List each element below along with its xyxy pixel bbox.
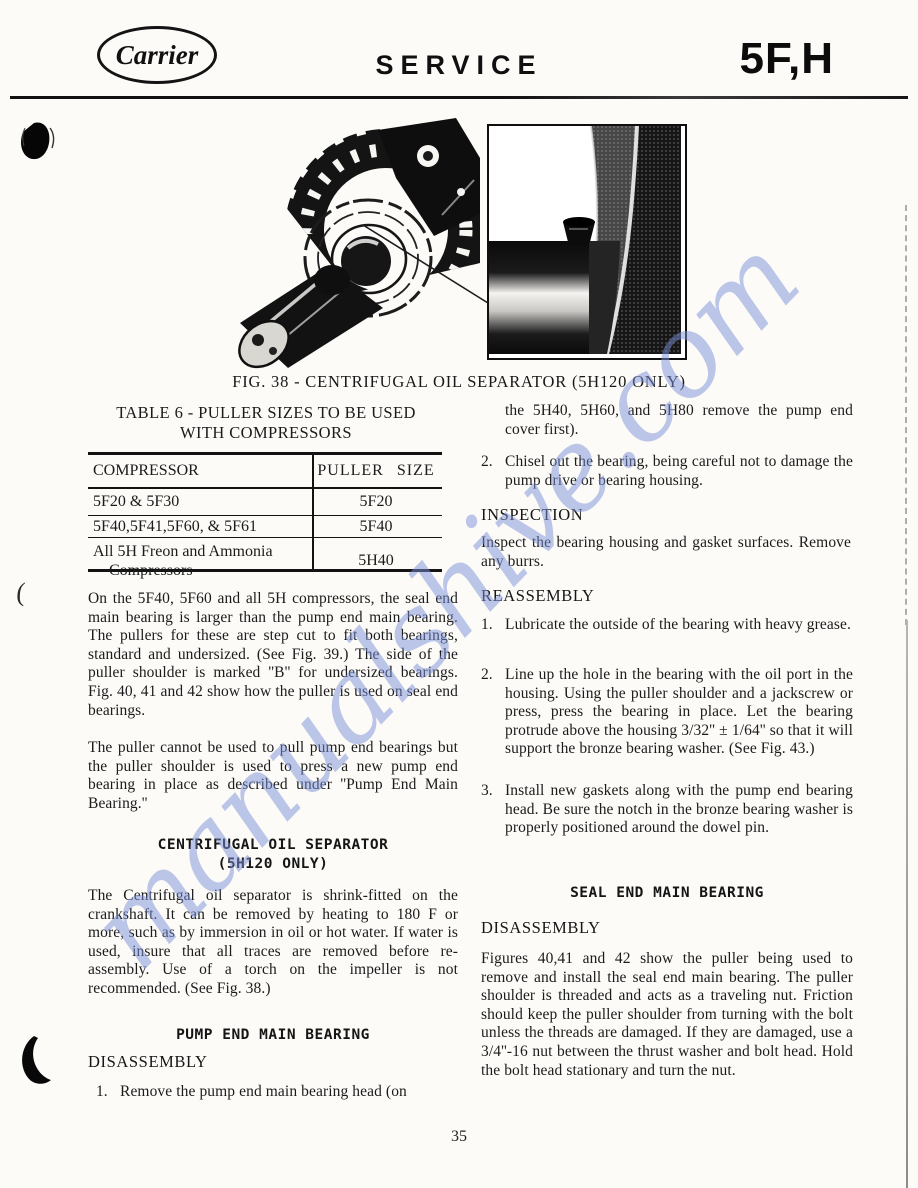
table-title: TABLE 6 - PULLER SIZES TO BE USED WITH C…	[85, 403, 447, 443]
paragraph-inspection: Inspect the bearing housing and gasket s…	[481, 534, 851, 571]
paragraph-puller-stepcut: On the 5F40, 5F60 and all 5H compressors…	[88, 590, 458, 720]
reassembly-item-2: 2. Line up the hole in the bearing with …	[481, 666, 853, 759]
paragraph-puller-pumpend: The puller cannot be used to pull pump e…	[88, 739, 458, 813]
figure-caption: FIG. 38 - CENTRIFUGAL OIL SEPARATOR (5H1…	[0, 372, 918, 392]
table-row: 5F20 & 5F30 5F20	[88, 489, 442, 516]
col-header-compressor: COMPRESSOR	[88, 462, 312, 480]
reassembly-item-3: 3. Install new gaskets along with the pu…	[481, 782, 853, 838]
list-text: Chisel out the bearing, being careful no…	[505, 453, 853, 490]
list-text: Install new gaskets along with the pump …	[505, 782, 853, 838]
col-header-puller-size: PULLER SIZE	[312, 462, 440, 480]
heading-seal-end-main-bearing: SEAL END MAIN BEARING	[481, 884, 853, 903]
table-row: 5F40,5F41,5F60, & 5F61 5F40	[88, 516, 442, 538]
cell-puller-size: 5F40	[312, 518, 440, 536]
list-number: 1.	[481, 616, 505, 635]
cell-puller-size: 5F20	[312, 493, 440, 511]
table-column-divider	[312, 455, 314, 569]
inset-photo-frame	[487, 124, 687, 360]
ink-blob-artifact	[12, 118, 64, 170]
list-text: Lubricate the outside of the bearing wit…	[505, 616, 853, 635]
inset-photo	[489, 126, 681, 354]
heading-reassembly: REASSEMBLY	[481, 586, 594, 606]
table-title-line1: TABLE 6 - PULLER SIZES TO BE USED	[85, 403, 447, 423]
heading-inspection: INSPECTION	[481, 505, 583, 525]
cell-line2: Compressors	[93, 561, 312, 580]
table-row: All 5H Freon and Ammonia Compressors 5H4…	[88, 538, 442, 584]
list-number: 3.	[481, 782, 505, 838]
scan-edge-dashes	[905, 205, 907, 625]
heading-centrifugal-oil-separator: CENTRIFUGAL OIL SEPARATOR (5H120 ONLY)	[88, 836, 458, 874]
heading-disassembly-2: DISASSEMBLY	[481, 918, 601, 938]
callout-pointer-line	[355, 215, 495, 310]
table-title-line2: WITH COMPRESSORS	[85, 423, 447, 443]
list-number-empty	[481, 402, 505, 439]
paragraph-seal-end: Figures 40,41 and 42 show the puller bei…	[481, 950, 853, 1080]
page-number: 35	[0, 1128, 918, 1146]
cell-compressor: 5F40,5F41,5F60, & 5F61	[88, 518, 312, 536]
list-item-1: 1. Remove the pump end main bearing head…	[96, 1083, 468, 1102]
list-number: 2.	[481, 666, 505, 759]
list-text: Line up the hole in the bearing with the…	[505, 666, 853, 759]
puller-size-table: COMPRESSOR PULLER SIZE 5F20 & 5F30 5F20 …	[88, 452, 442, 572]
heading-line2: (5H120 ONLY)	[88, 855, 458, 874]
list-text: the 5H40, 5H60, and 5H80 remove the pump…	[505, 402, 853, 439]
list-number: 2.	[481, 453, 505, 490]
scan-edge-line	[906, 620, 908, 1188]
crescent-artifact	[14, 1034, 60, 1086]
cell-compressor: 5F20 & 5F30	[88, 493, 312, 511]
cell-compressor: All 5H Freon and Ammonia Compressors	[88, 542, 312, 580]
paren-artifact: (	[14, 578, 26, 609]
reassembly-item-1: 1. Lubricate the outside of the bearing …	[481, 616, 853, 635]
heading-line1: CENTRIFUGAL OIL SEPARATOR	[88, 836, 458, 855]
list-item-1-continuation: the 5H40, 5H60, and 5H80 remove the pump…	[481, 402, 853, 439]
table-header-row: COMPRESSOR PULLER SIZE	[88, 455, 442, 489]
cell-line1: All 5H Freon and Ammonia	[93, 543, 273, 560]
list-item-2: 2. Chisel out the bearing, being careful…	[481, 453, 853, 490]
list-number: 1.	[96, 1083, 120, 1102]
paragraph-separator-removal: The Centrifugal oil separator is shrink-…	[88, 887, 458, 999]
header-rule	[10, 96, 908, 99]
heading-pump-end-main-bearing: PUMP END MAIN BEARING	[88, 1026, 458, 1045]
cell-puller-size: 5H40	[312, 552, 440, 570]
model-number: 5F,H	[740, 34, 834, 84]
heading-disassembly: DISASSEMBLY	[88, 1052, 208, 1072]
document-page: Carrier SERVICE 5F,H	[0, 0, 918, 1188]
list-text: Remove the pump end main bearing head (o…	[120, 1083, 468, 1102]
